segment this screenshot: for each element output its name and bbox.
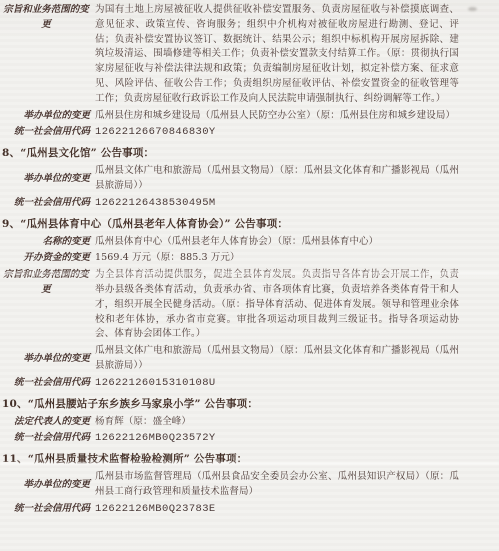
field-value: 瓜州县市场监督管理局（瓜州县食品安全委员会办公室、瓜州县知识产权局）（原：瓜州县…: [95, 470, 459, 500]
field-label: 法定代表人的变更: [2, 415, 90, 430]
section-heading: 8、“瓜州县文化馆” 公告事项：: [2, 145, 459, 160]
section-rows: 宗旨和业务范围的变更 为国有土地上房屋被征收人提供征收补偿安置服务、负责房屋征收…: [2, 3, 459, 140]
field-row: 统一社会信用代码 12622126015310108U: [2, 376, 459, 391]
field-label: 开办资金的变更: [2, 251, 90, 266]
announcement-section: 宗旨和业务范围的变更 为国有土地上房屋被征收人提供征收补偿安置服务、负责房屋征收…: [2, 3, 459, 140]
field-label: 名称的变更: [2, 235, 90, 250]
field-row: 宗旨和业务范围的变更 为国有土地上房屋被征收人提供征收补偿安置服务、负责房屋征收…: [2, 3, 459, 107]
credit-code-value: 12622126670846830Y: [95, 125, 459, 140]
announcement-section: 9、“瓜州县体育中心（瓜州县老年人体育协会）” 公告事项： 名称的变更 瓜州县体…: [2, 216, 459, 391]
section-rows: 法定代表人的变更 杨育辉（原：盛全峰） 统一社会信用代码 12622126MB0…: [2, 415, 459, 447]
field-value: 杨育辉（原：盛全峰）: [95, 415, 459, 430]
section-rows: 名称的变更 瓜州县体育中心（瓜州县老年人体育协会）（原：瓜州县体育中心） 开办资…: [2, 235, 459, 391]
scan-noise-dot: [468, 7, 477, 11]
field-label: 统一社会信用代码: [2, 376, 90, 391]
field-label: 举办单位的变更: [2, 352, 90, 367]
field-value: 为全县体育活动提供服务，促进全县体育发展。负责指导各体育协会开展工作，负责举办县…: [95, 268, 459, 342]
field-value: 瓜州县文体广电和旅游局（瓜州县文物局）（原：瓜州县文化体育和广播影视局（瓜州县旅…: [95, 344, 459, 374]
field-row: 开办资金的变更 1569.4 万元（原：885.3 万元）: [2, 251, 459, 266]
credit-code-value: 12622126MB0Q23783E: [95, 502, 459, 517]
field-row: 举办单位的变更 瓜州县市场监督管理局（瓜州县食品安全委员会办公室、瓜州县知识产权…: [2, 470, 459, 500]
field-row: 举办单位的变更 瓜州县文体广电和旅游局（瓜州县文物局）（原：瓜州县文化体育和广播…: [2, 344, 459, 374]
field-value: 为国有土地上房屋被征收人提供征收补偿安置服务、负责房屋征收与补偿摸底调查、意见征…: [95, 3, 459, 107]
announcement-section: 8、“瓜州县文化馆” 公告事项： 举办单位的变更 瓜州县文体广电和旅游局（瓜州县…: [2, 145, 459, 210]
scanned-document-page: 宗旨和业务范围的变更 为国有土地上房屋被征收人提供征收补偿安置服务、负责房屋征收…: [0, 0, 499, 551]
section-heading: 9、“瓜州县体育中心（瓜州县老年人体育协会）” 公告事项：: [2, 216, 459, 231]
field-label: 统一社会信用代码: [2, 431, 90, 446]
field-value: 瓜州县体育中心（瓜州县老年人体育协会）（原：瓜州县体育中心）: [95, 235, 459, 250]
field-label: 统一社会信用代码: [2, 502, 90, 517]
field-row: 名称的变更 瓜州县体育中心（瓜州县老年人体育协会）（原：瓜州县体育中心）: [2, 235, 459, 250]
scan-streak: [0, 462, 499, 465]
field-label: 宗旨和业务范围的变更: [2, 3, 90, 33]
field-value: 1569.4 万元（原：885.3 万元）: [95, 251, 459, 266]
field-value: 瓜州县文体广电和旅游局（瓜州县文物局）（原：瓜州县文化体育和广播影视局（瓜州县旅…: [95, 164, 459, 194]
field-row: 举办单位的变更 瓜州县文体广电和旅游局（瓜州县文物局）（原：瓜州县文化体育和广播…: [2, 164, 459, 194]
field-row: 宗旨和业务范围的变更 为全县体育活动提供服务，促进全县体育发展。负责指导各体育协…: [2, 268, 459, 342]
credit-code-value: 12622126015310108U: [95, 376, 459, 391]
section-rows: 举办单位的变更 瓜州县市场监督管理局（瓜州县食品安全委员会办公室、瓜州县知识产权…: [2, 470, 459, 516]
field-label: 举办单位的变更: [2, 478, 90, 493]
field-label: 统一社会信用代码: [2, 125, 90, 140]
field-label: 举办单位的变更: [2, 172, 90, 187]
field-value: 瓜州县住房和城乡建设局（瓜州县人民防空办公室）（原：瓜州县住房和城乡建设局）: [95, 109, 459, 124]
field-row: 统一社会信用代码 12622126MB0Q23783E: [2, 502, 459, 517]
announcement-document: 宗旨和业务范围的变更 为国有土地上房屋被征收人提供征收补偿安置服务、负责房屋征收…: [2, 3, 459, 517]
announcement-section: 11、“瓜州县质量技术监督检验检测所” 公告事项： 举办单位的变更 瓜州县市场监…: [2, 451, 459, 516]
field-row: 统一社会信用代码 12622126MB0Q23572Y: [2, 431, 459, 446]
credit-code-value: 12622126438530495M: [95, 196, 459, 211]
field-label: 统一社会信用代码: [2, 196, 90, 211]
section-rows: 举办单位的变更 瓜州县文体广电和旅游局（瓜州县文物局）（原：瓜州县文化体育和广播…: [2, 164, 459, 210]
credit-code-value: 12622126MB0Q23572Y: [95, 431, 459, 446]
field-row: 统一社会信用代码 12622126670846830Y: [2, 125, 459, 140]
field-label: 举办单位的变更: [2, 109, 90, 124]
field-row: 法定代表人的变更 杨育辉（原：盛全峰）: [2, 415, 459, 430]
field-row: 举办单位的变更 瓜州县住房和城乡建设局（瓜州县人民防空办公室）（原：瓜州县住房和…: [2, 109, 459, 124]
scan-streak: [0, 272, 499, 275]
section-heading: 10、“瓜州县腰站子东乡族乡马家泉小学” 公告事项：: [2, 396, 459, 411]
announcement-section: 10、“瓜州县腰站子东乡族乡马家泉小学” 公告事项： 法定代表人的变更 杨育辉（…: [2, 396, 459, 447]
field-row: 统一社会信用代码 12622126438530495M: [2, 196, 459, 211]
